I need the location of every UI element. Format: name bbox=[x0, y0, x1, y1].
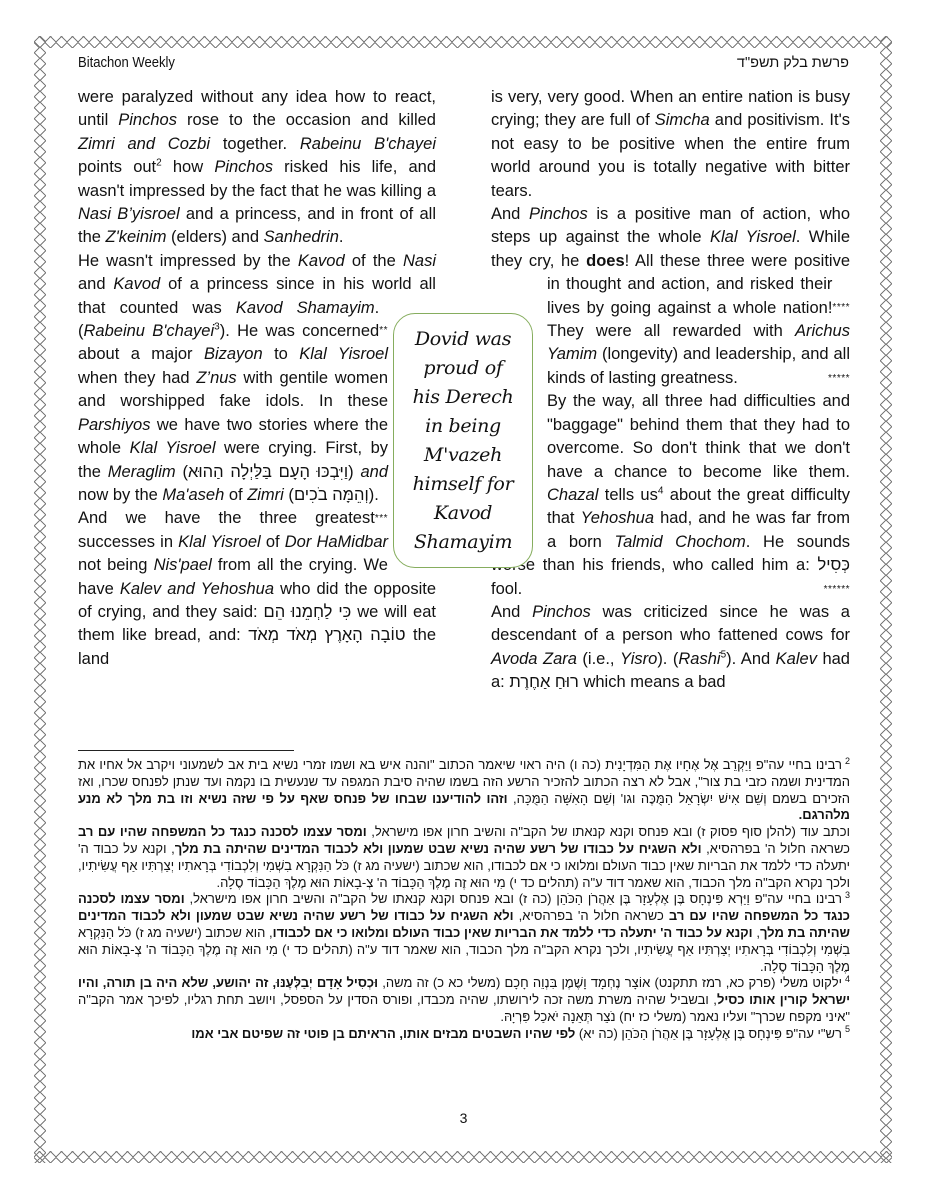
border-right bbox=[880, 36, 892, 1163]
footnote-separator bbox=[78, 750, 294, 751]
section-divider-stars: ***** bbox=[828, 367, 850, 390]
page-header: Bitachon Weekly פרשת בלק תשפ"ד bbox=[78, 55, 849, 75]
footnote-2: 2רבינו בחיי עה"פ וַיַּקְרֵב אֶל אֶחָיו א… bbox=[78, 757, 850, 824]
border-top bbox=[34, 36, 892, 48]
hebrew-quote: וַיִּבְכּוּ הָעָם בַּלַּיְלָה הַהוּא bbox=[188, 463, 348, 481]
publication-title: Bitachon Weekly bbox=[78, 55, 175, 71]
pull-quote-text: Dovid was proud of his Derech in being M… bbox=[413, 325, 514, 557]
paragraph: He wasn't impressed by the Kavod of the … bbox=[78, 250, 436, 507]
footnote-3: 3רבינו בחיי עה"פ וַיַּרְא פִּינְחָס בֶּן… bbox=[78, 891, 850, 975]
footnote-4: 4ילקוט משלי (פרק כא, רמז תתקנט) אוֹצָר נ… bbox=[78, 975, 850, 1025]
paragraph: And Pinchos was criticized since he was … bbox=[491, 601, 850, 695]
left-column: were paralyzed without any idea how to r… bbox=[78, 86, 436, 671]
section-divider-stars: *** bbox=[375, 507, 388, 530]
footnote-number: 3 bbox=[845, 890, 850, 900]
section-divider-stars: ****** bbox=[824, 578, 850, 601]
section-divider-stars: **** bbox=[832, 296, 850, 319]
parsha-title: פרשת בלק תשפ"ד bbox=[737, 55, 849, 71]
pull-quote-box: Dovid was proud of his Derech in being M… bbox=[393, 313, 533, 568]
hebrew-quote: טוֹבָה הָאָרֶץ מְאֹד מְאֹד bbox=[248, 626, 405, 644]
border-left bbox=[34, 36, 46, 1163]
footnote-number: 2 bbox=[845, 756, 850, 766]
paragraph: And we have the three greatest successes… bbox=[78, 507, 436, 671]
footnotes: 2רבינו בחיי עה"פ וַיַּקְרֵב אֶל אֶחָיו א… bbox=[78, 757, 850, 1043]
hebrew-quote: רוּחַ אַחֶרֶת bbox=[509, 673, 579, 691]
footnote-2-continued: וכתב עוד (להלן סוף פסוק ז) ובא פנחס וקנא… bbox=[78, 824, 850, 891]
footnote-5: 5רש"י עה"פ פִּינְחָס בֶּן אֶלְעָזָר בֶּן… bbox=[78, 1026, 850, 1043]
paragraph: is very, very good. When an entire natio… bbox=[491, 86, 850, 203]
right-column: is very, very good. When an entire natio… bbox=[491, 86, 850, 695]
section-divider-stars: ** bbox=[379, 319, 388, 342]
footnote-number: 4 bbox=[845, 974, 850, 984]
hebrew-quote: וְהֵמָּה בֹכִים bbox=[294, 486, 369, 504]
emphasis-does: does bbox=[586, 252, 625, 270]
hebrew-quote: כִּי לַחְמֵנוּ הֵם bbox=[264, 603, 352, 621]
border-bottom bbox=[34, 1151, 892, 1163]
page-number: 3 bbox=[0, 1110, 927, 1126]
hebrew-quote: כְּסִיל bbox=[817, 556, 850, 574]
footnote-number: 5 bbox=[845, 1024, 850, 1034]
paragraph: were paralyzed without any idea how to r… bbox=[78, 86, 436, 250]
